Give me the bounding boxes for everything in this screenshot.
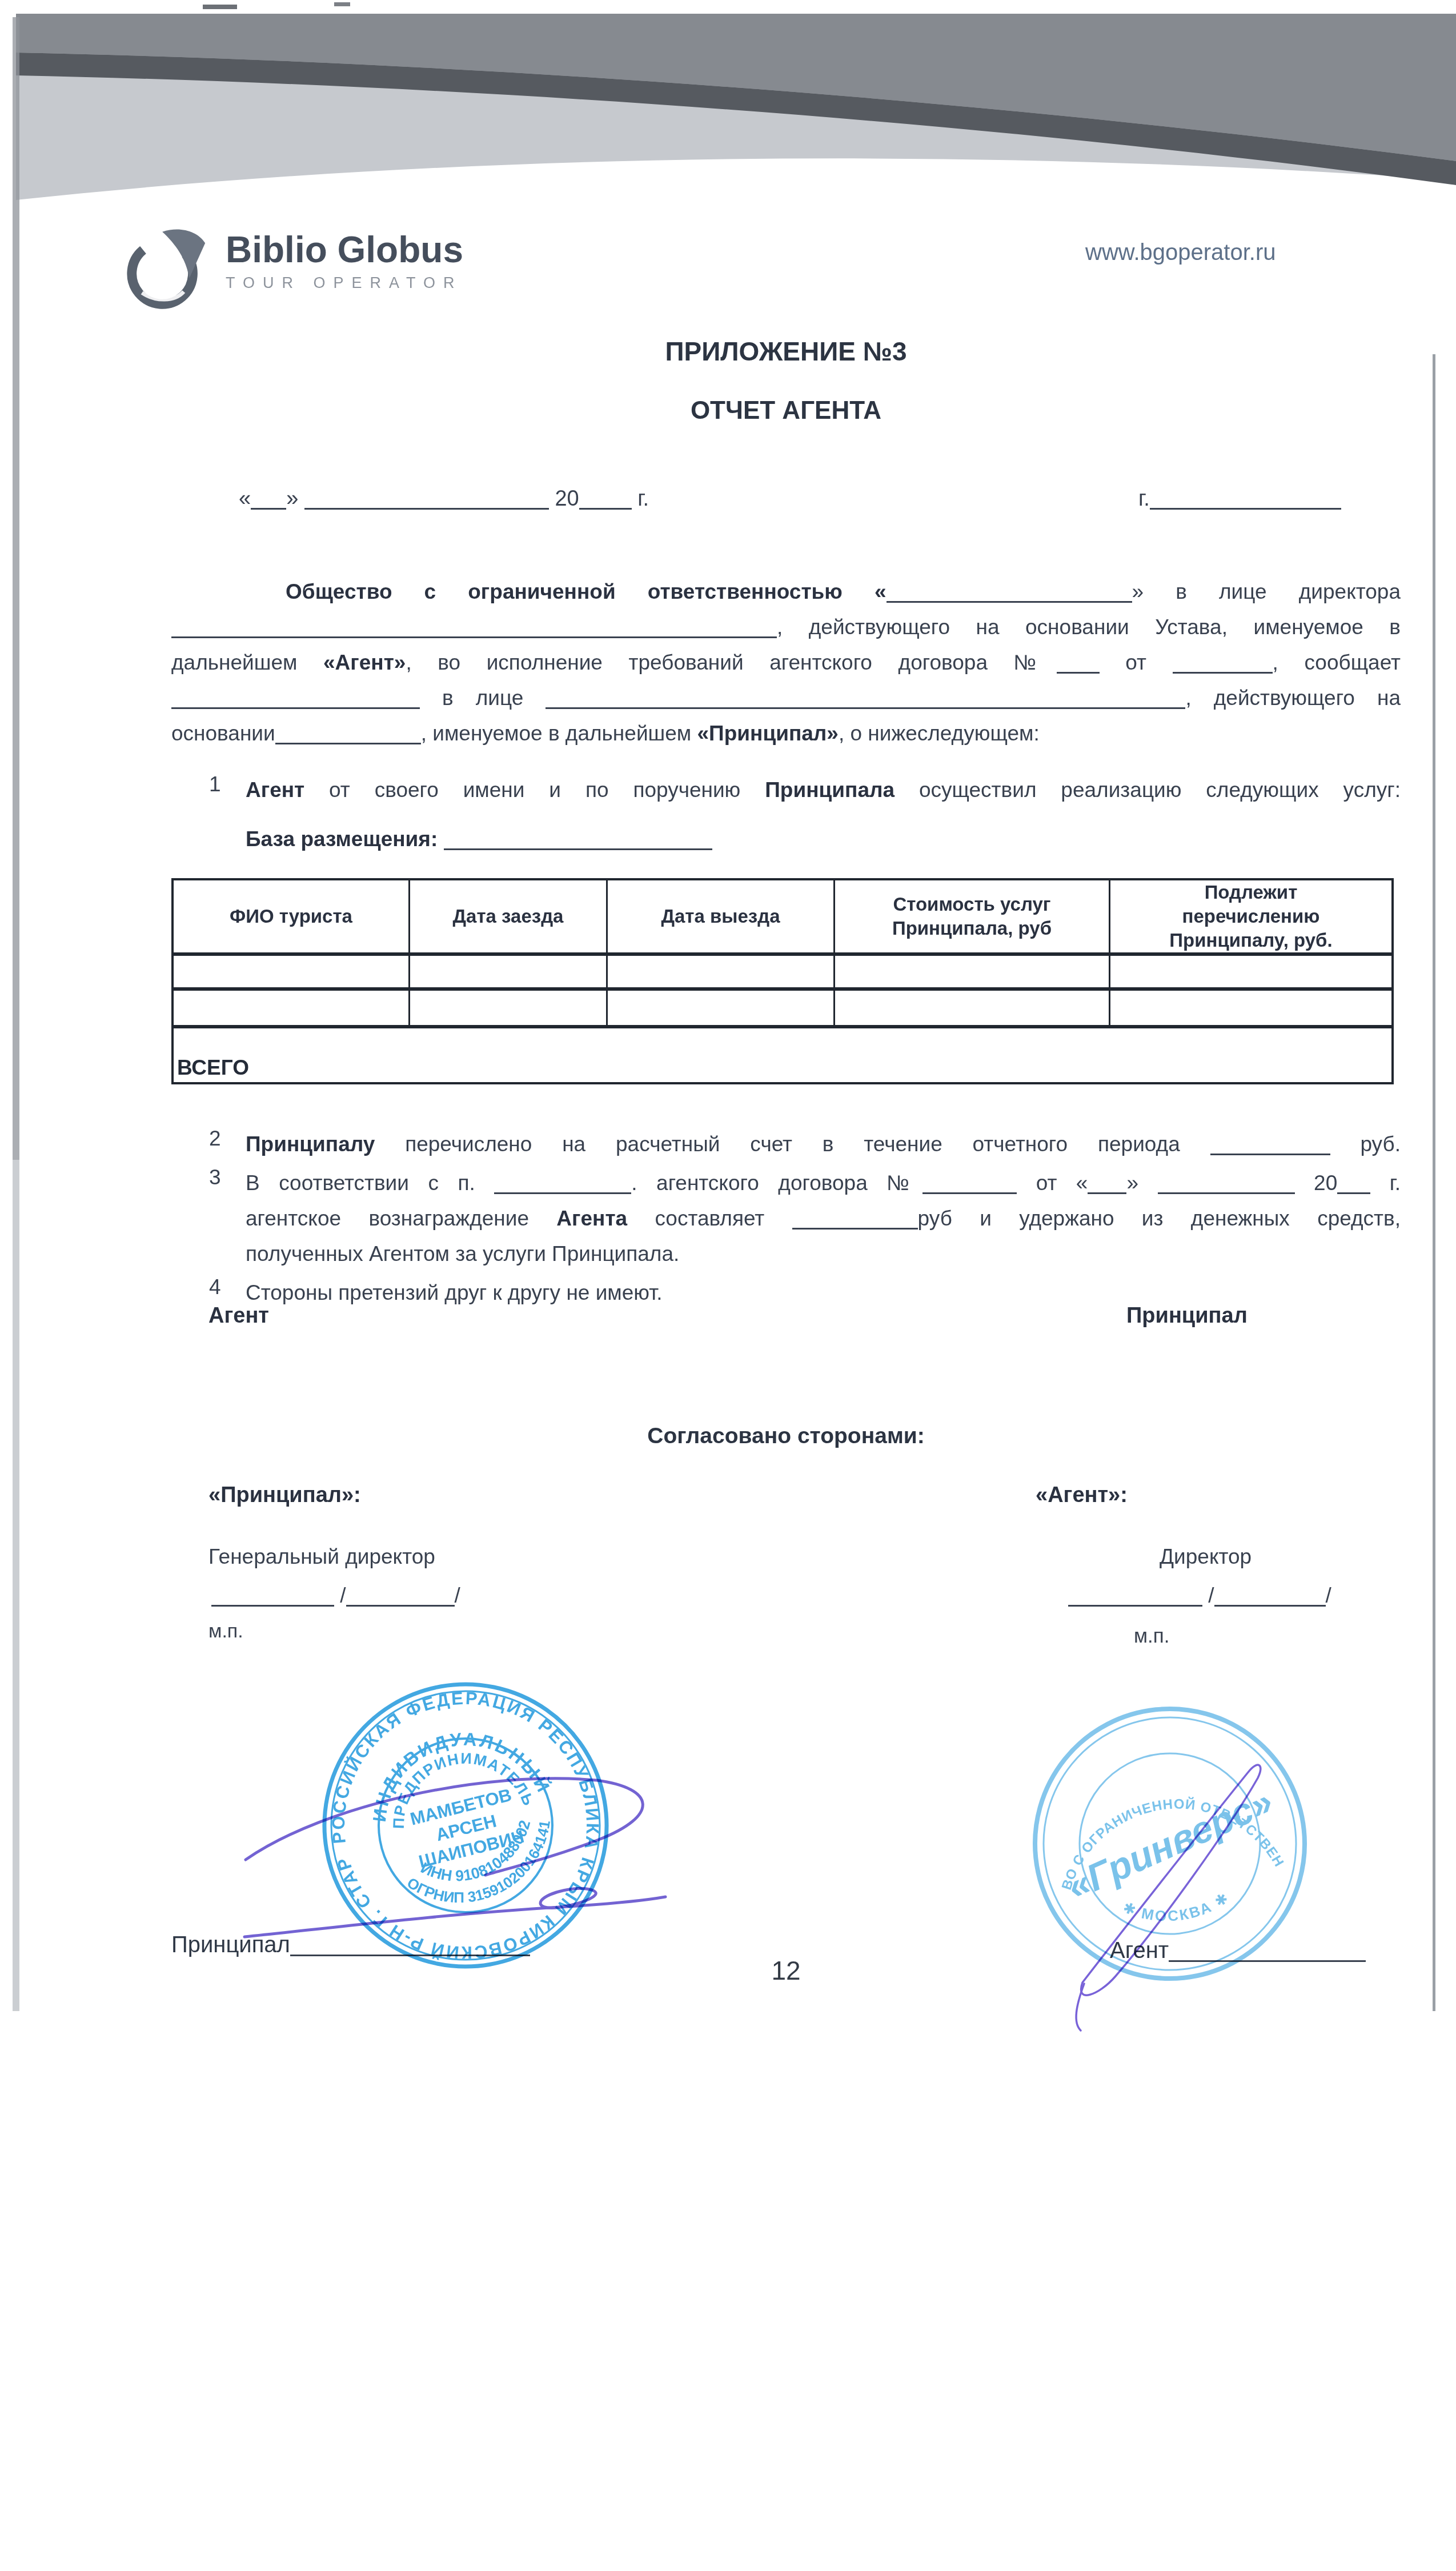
- header-wave-graphic: [0, 0, 1456, 217]
- intro-line: основании, именуемое в дальнейшем «Принц…: [171, 716, 1401, 751]
- agent-party-label: «Агент»:: [1036, 1483, 1128, 1508]
- item-number: 4: [209, 1275, 221, 1299]
- logo-title: Biblio Globus: [226, 230, 463, 270]
- col-header-checkout-date: Дата выезда: [608, 880, 835, 952]
- table-cell-empty: [608, 956, 835, 987]
- scan-edge-right-line: [1433, 354, 1435, 2011]
- intro-paragraph: Общество с ограниченной ответственностью…: [171, 574, 1401, 751]
- table-cell-empty: [835, 956, 1110, 987]
- agent-role: Директор: [1160, 1545, 1252, 1569]
- table-cell-empty: [835, 991, 1110, 1025]
- item-text-line: В соответствии с п. . агентского договор…: [246, 1166, 1401, 1201]
- list-item-1: 1 Агент от своего имени и по поручению П…: [171, 772, 1401, 808]
- intro-line: в лице , действующего на: [171, 680, 1401, 716]
- table-cell-empty: [410, 991, 608, 1025]
- total-label: ВСЕГО: [177, 1056, 249, 1080]
- principal-party-label: «Принципал»:: [208, 1483, 361, 1508]
- scan-edge-left-dark: [13, 17, 19, 1160]
- report-title: ОТЧЕТ АГЕНТА: [171, 397, 1401, 425]
- table-cell-empty: [174, 991, 410, 1025]
- table-cell-empty: [174, 956, 410, 987]
- intro-line: дальнейшем «Агент», во исполнение требов…: [171, 645, 1401, 680]
- agreed-by-parties-title: Согласовано сторонами:: [171, 1424, 1401, 1449]
- accommodation-base-line: База размещения:: [246, 827, 712, 851]
- table-cell-empty: [1110, 991, 1391, 1025]
- table-cell-empty: [1110, 956, 1391, 987]
- item-number: 3: [209, 1166, 221, 1190]
- col-header-tourist-name: ФИО туриста: [174, 880, 410, 952]
- table-cell-empty: [410, 956, 608, 987]
- list-item-2: 2 Принципалу перечислено на расчетный сч…: [171, 1127, 1401, 1162]
- city-blank-line: г.: [1138, 487, 1341, 511]
- globe-logo-icon: [123, 224, 213, 314]
- principal-signature-line: //: [211, 1584, 460, 1608]
- col-header-service-cost: Стоимость услуг Принципала, руб: [835, 880, 1110, 952]
- services-table: ФИО туриста Дата заезда Дата выезда Стои…: [171, 878, 1394, 1084]
- agent-handwritten-signature: [1051, 1737, 1297, 2034]
- table-row: [174, 991, 1391, 1028]
- principal-handwritten-signature: [240, 1743, 731, 1960]
- website-url: www.bgoperator.ru: [1085, 240, 1276, 266]
- agent-seal-mark: м.п.: [1134, 1625, 1169, 1648]
- scan-speck-1: [203, 5, 237, 9]
- scanned-document-page: { "colors": { "text": "#39414f", "bold_t…: [0, 0, 1456, 2571]
- logo-subtitle: TOUR OPERATOR: [226, 274, 463, 292]
- item-number: 2: [209, 1127, 221, 1151]
- item-number: 1: [209, 772, 221, 796]
- scan-speck-2: [334, 2, 350, 6]
- col-header-checkin-date: Дата заезда: [410, 880, 608, 952]
- intro-line: , действующего на основании Устава, имен…: [171, 610, 1401, 645]
- list-item-3: 3 В соответствии с п. . агентского догов…: [171, 1166, 1401, 1272]
- table-header-row: ФИО туриста Дата заезда Дата выезда Стои…: [174, 880, 1391, 956]
- principal-role: Генеральный директор: [208, 1545, 435, 1569]
- appendix-title: ПРИЛОЖЕНИЕ №3: [171, 336, 1401, 367]
- principal-label: Принципал: [1126, 1304, 1248, 1328]
- table-row: [174, 956, 1391, 991]
- biblio-globus-logo: Biblio Globus TOUR OPERATOR: [123, 224, 463, 314]
- intro-line: Общество с ограниченной ответственностью…: [171, 574, 1401, 610]
- date-blank-line: «» 20 г.: [239, 487, 649, 511]
- agent-signature-line: //: [1068, 1584, 1331, 1608]
- principal-seal-mark: м.п.: [208, 1620, 243, 1643]
- item-text-line: агентское вознаграждение Агента составля…: [246, 1201, 1401, 1236]
- item-text: Принципалу перечислено на расчетный счет…: [246, 1127, 1401, 1162]
- table-total-row: ВСЕГО: [174, 1028, 1391, 1082]
- scan-edge-left-light: [13, 1160, 19, 2011]
- agent-label: Агент: [208, 1304, 269, 1328]
- table-cell-empty: [608, 991, 835, 1025]
- item-text: Агент от своего имени и по поручению При…: [246, 772, 1401, 808]
- item-text-line: полученных Агентом за услуги Принципала.: [246, 1236, 1401, 1272]
- col-header-amount-due: Подлежит перечислению Принципалу, руб.: [1110, 880, 1391, 952]
